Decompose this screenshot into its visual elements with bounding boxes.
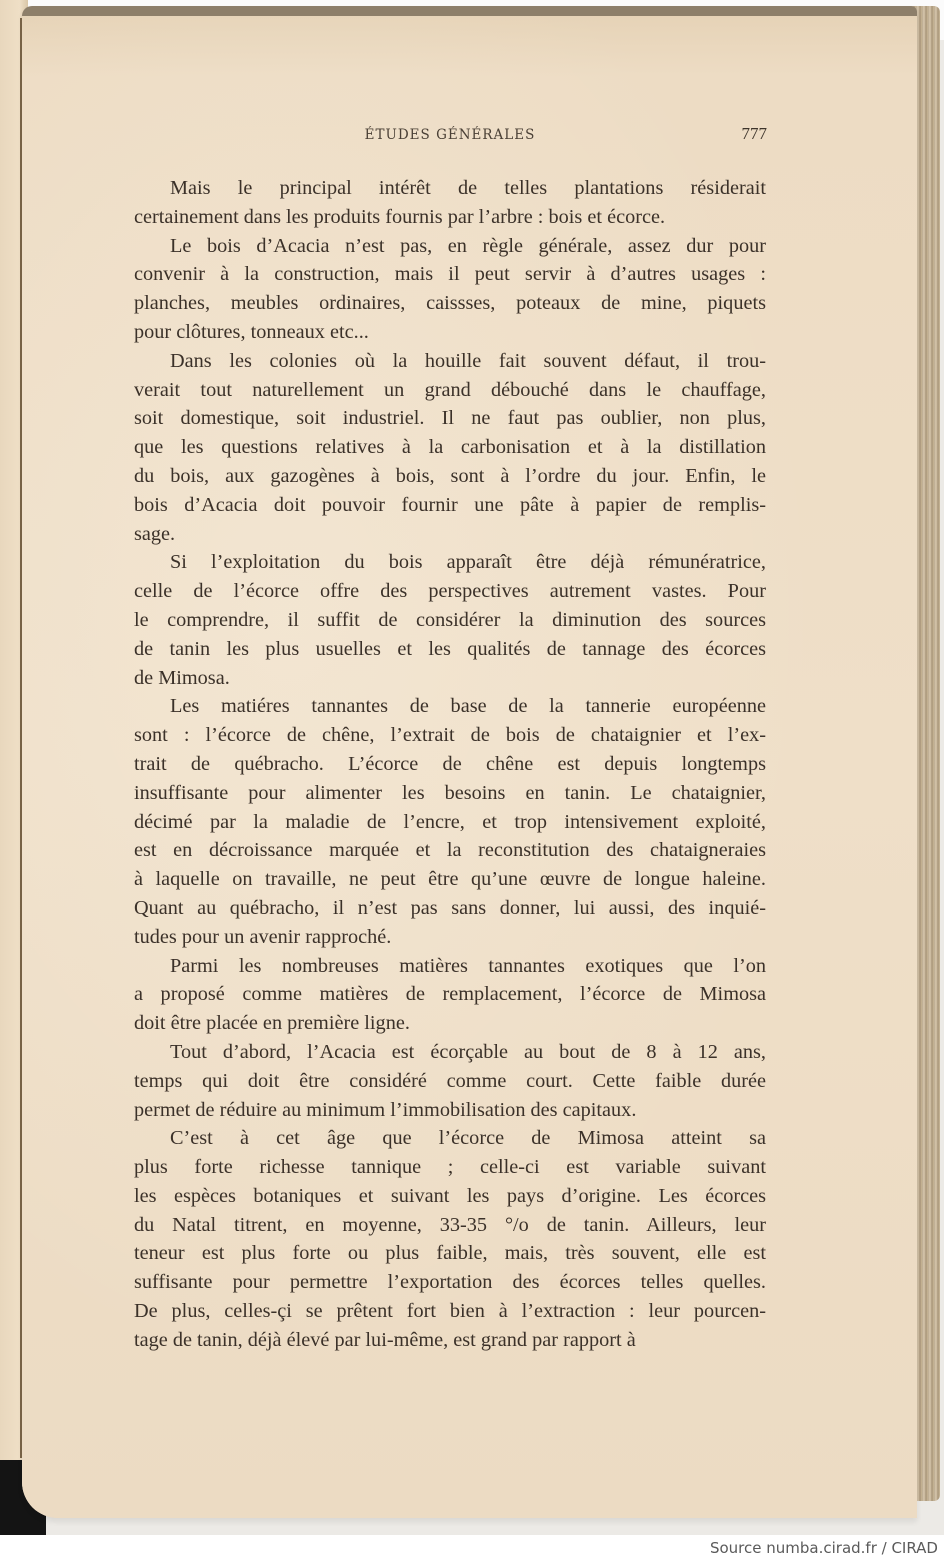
paragraph: Dans les colonies où la houille fait sou…	[134, 347, 766, 549]
text-line: Les matiéres tannantes de base de la tan…	[134, 692, 766, 721]
source-credit: Source numba.cirad.fr / CIRAD	[710, 1539, 938, 1557]
text-line: tudes pour un avenir rapproché.	[134, 923, 766, 952]
paragraph: C’est à cet âge que l’écorce de Mimosa a…	[134, 1124, 766, 1354]
text-line: du Natal titrent, en moyenne, 33-35 °/o …	[134, 1211, 766, 1240]
text-line: suffisante pour permettre l’exportation …	[134, 1268, 766, 1297]
page-body-text: Mais le principal intérêt de telles plan…	[134, 174, 766, 1355]
paragraph: Le bois d’Acacia n’est pas, en règle gén…	[134, 232, 766, 347]
text-line: C’est à cet âge que l’écorce de Mimosa a…	[134, 1124, 766, 1153]
text-line: de tanin les plus usuelles et les qualit…	[134, 635, 766, 664]
text-line: celle de l’écorce offre des perspectives…	[134, 577, 766, 606]
text-line: pour clôtures, tonneaux etc...	[134, 318, 766, 347]
text-line: Le bois d’Acacia n’est pas, en règle gén…	[134, 232, 766, 261]
paragraph: Mais le principal intérêt de telles plan…	[134, 174, 766, 232]
paragraph: Les matiéres tannantes de base de la tan…	[134, 692, 766, 951]
paragraph: Parmi les nombreuses matières tannantes …	[134, 952, 766, 1038]
text-line: plus forte richesse tannique ; celle-ci …	[134, 1153, 766, 1182]
text-line: du bois, aux gazogènes à bois, sont à l’…	[134, 462, 766, 491]
text-line: tage de tanin, déjà élevé par lui-même, …	[134, 1326, 766, 1355]
text-line: bois d’Acacia doit pouvoir fournir une p…	[134, 491, 766, 520]
text-line: Si l’exploitation du bois apparaît être …	[134, 548, 766, 577]
text-line: à laquelle on travaille, ne peut être qu…	[134, 865, 766, 894]
text-line: permet de réduire au minimum l’immobilis…	[134, 1096, 766, 1125]
text-line: doit être placée en première ligne.	[134, 1009, 766, 1038]
text-line: que les questions relatives à la carboni…	[134, 433, 766, 462]
text-line: décimé par la maladie de l’encre, et tro…	[134, 808, 766, 837]
footer-bar: Source numba.cirad.fr / CIRAD	[0, 1535, 944, 1566]
text-line: Parmi les nombreuses matières tannantes …	[134, 952, 766, 981]
text-line: Dans les colonies où la houille fait sou…	[134, 347, 766, 376]
paragraph: Tout d’abord, l’Acacia est écorçable au …	[134, 1038, 766, 1124]
paragraph: Si l’exploitation du bois apparaît être …	[134, 548, 766, 692]
text-line: Tout d’abord, l’Acacia est écorçable au …	[134, 1038, 766, 1067]
text-line: Quant au québracho, il n’est pas sans do…	[134, 894, 766, 923]
text-line: trait de québracho. L’écorce de chêne es…	[134, 750, 766, 779]
text-line: temps qui doit être considéré comme cour…	[134, 1067, 766, 1096]
running-header: ÉTUDES GÉNÉRALES 777	[130, 127, 770, 151]
text-line: Mais le principal intérêt de telles plan…	[134, 174, 766, 203]
scanned-book-spread: ÉTUDES GÉNÉRALES 777 Mais le principal i…	[0, 0, 944, 1535]
text-line: insuffisante pour alimenter les besoins …	[134, 779, 766, 808]
text-line: sage.	[134, 520, 766, 549]
text-line: planches, meubles ordinaires, caissses, …	[134, 289, 766, 318]
running-title: ÉTUDES GÉNÉRALES	[130, 127, 770, 143]
text-line: sont : l’écorce de chêne, l’extrait de b…	[134, 721, 766, 750]
text-line: le comprendre, il suffit de considérer l…	[134, 606, 766, 635]
text-line: les espèces botaniques et suivant les pa…	[134, 1182, 766, 1211]
text-line: de Mimosa.	[134, 664, 766, 693]
text-line: teneur est plus forte ou plus faible, ma…	[134, 1239, 766, 1268]
text-line: verait tout naturellement un grand débou…	[134, 376, 766, 405]
text-line: soit domestique, soit industriel. Il ne …	[134, 404, 766, 433]
text-line: De plus, celles-çi se prêtent fort bien …	[134, 1297, 766, 1326]
text-line: convenir à la construction, mais il peut…	[134, 260, 766, 289]
page-number: 777	[742, 124, 768, 144]
text-line: a proposé comme matières de remplacement…	[134, 980, 766, 1009]
text-line: est en décroissance marquée et la recons…	[134, 836, 766, 865]
text-line: certainement dans les produits fournis p…	[134, 203, 766, 232]
